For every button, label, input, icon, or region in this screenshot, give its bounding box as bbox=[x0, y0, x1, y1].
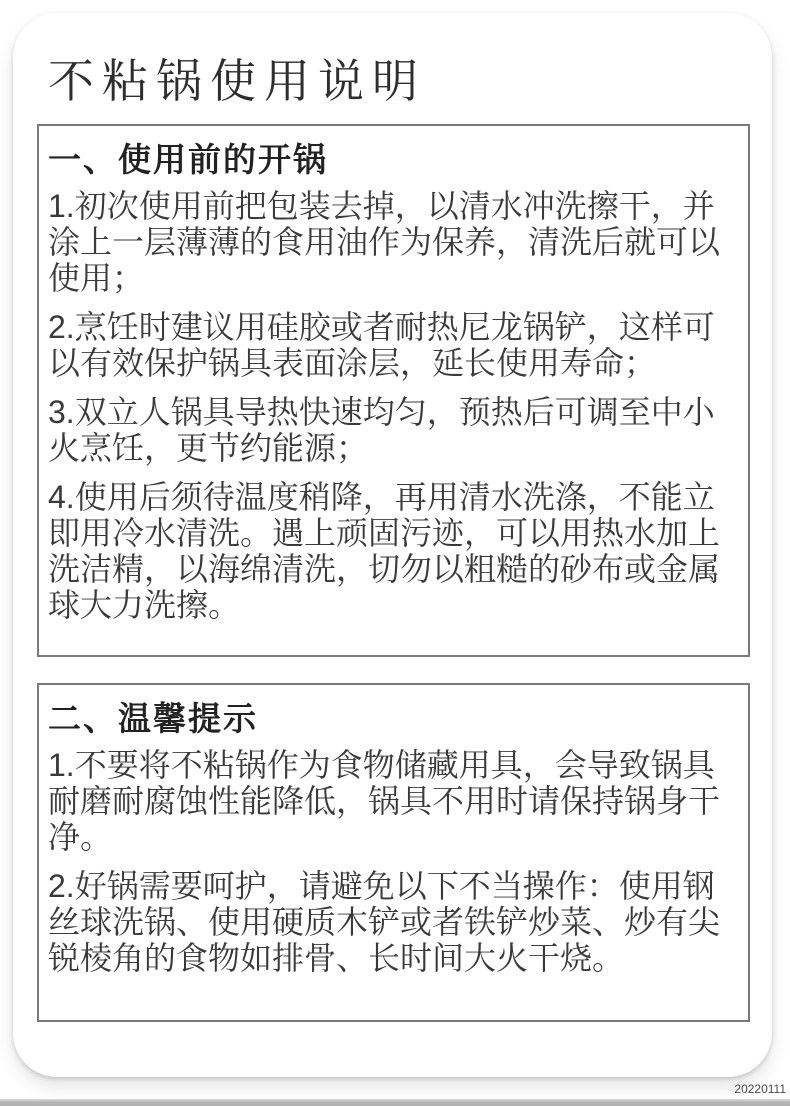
section-heading-usage: 一、使用前的开锅 bbox=[48, 140, 738, 180]
footer-date-code: 20220111 bbox=[734, 1082, 786, 1096]
section-box-usage: 一、使用前的开锅 1.初次使用前把包装去掉，以清水冲洗擦干，并涂上一层薄薄的食用… bbox=[37, 124, 750, 657]
tips-item-1: 1.不要将不粘锅作为食物储藏用具，会导致锅具耐磨耐腐蚀性能降低，锅具不用时请保持… bbox=[48, 747, 738, 855]
bottom-bar bbox=[0, 1099, 790, 1106]
usage-item-4: 4.使用后须待温度稍降，再用清水洗涤，不能立即用冷水清洗。遇上顽固污迹，可以用热… bbox=[48, 479, 738, 623]
section-heading-tips: 二、温馨提示 bbox=[48, 699, 738, 739]
instruction-page: 不粘锅使用说明 一、使用前的开锅 1.初次使用前把包装去掉，以清水冲洗擦干，并涂… bbox=[0, 0, 790, 1106]
tips-item-2: 2.好锅需要呵护，请避免以下不当操作：使用钢丝球洗锅、使用硬质木铲或者铁铲炒菜、… bbox=[48, 868, 738, 976]
usage-item-1: 1.初次使用前把包装去掉，以清水冲洗擦干，并涂上一层薄薄的食用油作为保养，清洗后… bbox=[48, 188, 738, 296]
usage-item-2: 2.烹饪时建议用硅胶或者耐热尼龙锅铲，这样可以有效保护锅具表面涂层，延长使用寿命… bbox=[48, 309, 738, 381]
section-box-tips: 二、温馨提示 1.不要将不粘锅作为食物储藏用具，会导致锅具耐磨耐腐蚀性能降低，锅… bbox=[37, 683, 750, 1022]
page-title: 不粘锅使用说明 bbox=[48, 55, 772, 107]
usage-item-3: 3.双立人锅具导热快速均匀，预热后可调至中小火烹饪，更节约能源； bbox=[48, 394, 738, 466]
instruction-card: 不粘锅使用说明 一、使用前的开锅 1.初次使用前把包装去掉，以清水冲洗擦干，并涂… bbox=[13, 13, 772, 1077]
